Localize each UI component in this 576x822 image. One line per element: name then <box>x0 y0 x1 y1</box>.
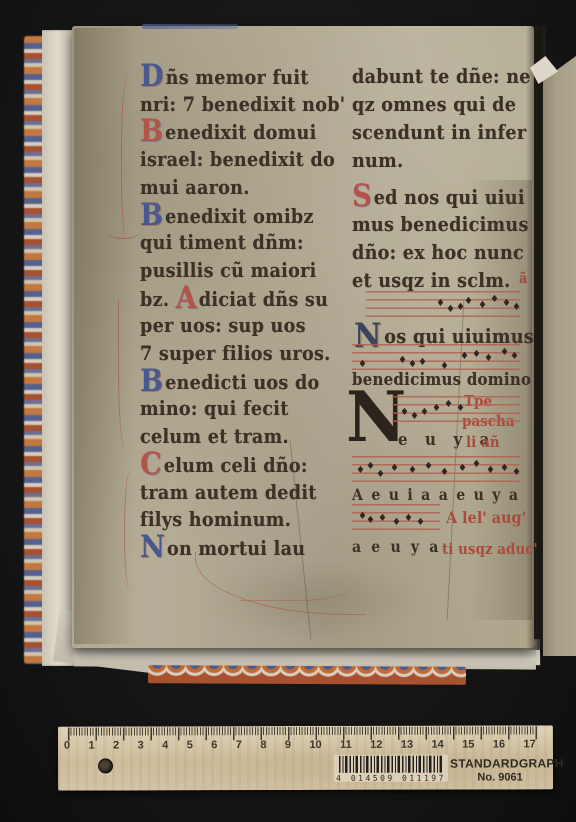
line-text: tram autem dedit <box>140 480 317 504</box>
neume-note: ♦ <box>432 404 441 414</box>
manuscript-text-line: nri: 7 benedixit nob' <box>140 92 345 116</box>
euouae-letters: a e u y a <box>352 537 441 556</box>
neume-note: ♦ <box>444 400 453 410</box>
line-text: dabunt te dñe: ne <box>352 64 531 88</box>
neume-note: ♦ <box>398 356 407 366</box>
manuscript-text-line: Celum celi dño: <box>140 452 308 477</box>
ruler-number: 6 <box>211 739 217 751</box>
penwork-flourish <box>240 560 360 601</box>
line-text: num. <box>352 148 403 172</box>
penwork-flourish <box>124 470 137 590</box>
neume-note: ♦ <box>416 518 425 528</box>
ruler-number: 9 <box>285 739 291 751</box>
neume-note: ♦ <box>512 303 521 313</box>
line-text: enedixit domui <box>165 120 316 144</box>
line-text: ñs memor fuit <box>166 65 309 89</box>
manuscript-text-line: mui aaron. <box>140 175 250 199</box>
line-text: ed nos qui uiui <box>374 185 525 209</box>
facing-page-edge <box>543 56 576 656</box>
line-text: bz. <box>140 287 176 311</box>
manuscript-text-line: dabunt te dñe: ne <box>352 64 531 88</box>
ruler-number: 11 <box>340 739 352 751</box>
neume-note: ♦ <box>440 362 449 372</box>
neume-note: ♦ <box>390 464 399 474</box>
ruler-number: 0 <box>64 740 70 752</box>
ruler-number: 17 <box>524 738 536 750</box>
neume-note: ♦ <box>472 460 481 470</box>
neume-note: ♦ <box>464 297 473 307</box>
manuscript-text-line: filys hominum. <box>140 507 291 531</box>
marbled-bottom-edge <box>148 665 466 685</box>
neume-note: ♦ <box>486 466 495 476</box>
barcode: 4 014509 011197 <box>334 755 448 782</box>
line-text: dño: ex hoc nunc <box>352 240 524 264</box>
wooden-ruler: 01234567891011121314151617 4 014509 0111… <box>58 725 553 790</box>
ruler-model-label: No. 9061 <box>450 771 550 783</box>
ruler-number: 12 <box>370 739 382 751</box>
neume-note: ♦ <box>510 352 519 362</box>
neume-note: ♦ <box>400 408 409 418</box>
penwork-flourish <box>118 300 131 450</box>
antiphon-mark: ã <box>519 271 527 287</box>
line-text: qz omnes qui de <box>352 92 516 116</box>
ruler-number: 3 <box>138 739 144 751</box>
illuminated-initial: B <box>140 113 163 149</box>
line-text: filys hominum. <box>140 507 291 531</box>
neume-note: ♦ <box>408 360 417 370</box>
neume-note: ♦ <box>376 470 385 480</box>
line-text: enedixit omibz <box>165 204 314 228</box>
ruler-number: 15 <box>462 739 474 751</box>
ruler-number: 2 <box>113 739 119 751</box>
manuscript-text-line: bz. Adiciat dñs su <box>140 286 328 311</box>
illuminated-initial: D <box>140 58 164 94</box>
neume-note: ♦ <box>460 352 469 362</box>
ruler-number: 13 <box>401 739 413 751</box>
neume-note: ♦ <box>458 464 467 474</box>
music-staff: ♦♦♦♦♦♦ <box>392 396 520 422</box>
neume-note: ♦ <box>502 299 511 309</box>
neume-note: ♦ <box>500 464 509 474</box>
line-text: scendunt in infer <box>352 120 526 144</box>
neume-note: ♦ <box>512 468 521 478</box>
line-text: 7 super filios uros. <box>140 341 331 365</box>
line-text: on mortui lau <box>167 536 305 560</box>
manuscript-text-line: celum et tram. <box>140 424 289 448</box>
illuminated-initial: N <box>140 529 165 565</box>
manuscript-text-line: pusillis cũ maiori <box>140 258 317 282</box>
manuscript-text-line: mus benedicimus <box>352 212 529 236</box>
music-staff: ♦♦♦♦♦♦♦♦ <box>366 291 520 317</box>
manuscript-text-line: scendunt in infer <box>352 120 526 144</box>
neume-note: ♦ <box>456 404 465 414</box>
ruler-number: 5 <box>187 739 193 751</box>
neume-note: ♦ <box>500 348 509 358</box>
manuscript-text-line: israel: benedixit do <box>140 147 335 171</box>
neume-note: ♦ <box>404 514 413 524</box>
line-text: mus benedicimus <box>352 212 529 236</box>
neume-note: ♦ <box>424 462 433 472</box>
ruler-number: 14 <box>431 739 443 751</box>
line-text: et usqz in sclm. <box>352 268 510 292</box>
manuscript-text-line: per uos: sup uos <box>140 313 306 337</box>
ruler-hanging-hole <box>98 759 113 774</box>
line-text: qui timent dñm: <box>140 230 304 254</box>
manuscript-text-line: num. <box>352 148 403 172</box>
manuscript-text-line: dño: ex hoc nunc <box>352 240 524 264</box>
music-staff: ♦♦♦♦♦♦ <box>352 504 440 530</box>
manuscript-text-line: tram autem dedit <box>140 480 317 504</box>
neume-note: ♦ <box>392 518 401 528</box>
manuscript-text-line: Benedixit omibz <box>140 203 314 228</box>
neume-note: ♦ <box>420 408 429 418</box>
rubric-line: li añ <box>466 433 500 451</box>
neume-note: ♦ <box>440 468 449 478</box>
ruler-number: 16 <box>493 738 505 750</box>
flyleaf-paper-edges-left <box>42 30 76 666</box>
line-text: mui aaron. <box>140 175 250 199</box>
manuscript-text-line: qui timent dñm: <box>140 230 304 254</box>
marbled-fore-edge <box>24 36 44 664</box>
illuminated-initial: B <box>140 363 163 399</box>
neume-note: ♦ <box>366 516 375 526</box>
neume-note: ♦ <box>408 466 417 476</box>
line-text: enedicti uos do <box>165 370 319 394</box>
ruler-number: 1 <box>88 740 94 752</box>
manuscript-text-line: Benedixit domui <box>140 119 317 144</box>
blue-offset-trace <box>142 24 238 29</box>
neume-note: ♦ <box>484 354 493 364</box>
ruler-number: 8 <box>260 739 266 751</box>
barcode-digits: 4 014509 011197 <box>334 774 448 783</box>
manuscript-text-line: 7 super filios uros. <box>140 341 331 365</box>
manuscript-text-line: Dñs memor fuit <box>140 64 309 89</box>
music-staff: ♦♦♦♦♦♦♦♦♦♦♦♦ <box>352 456 520 482</box>
ruler-number: 4 <box>162 739 168 751</box>
ruler-number-row: 01234567891011121314151617 <box>64 738 536 751</box>
illuminated-initial: A <box>176 280 197 316</box>
neume-note: ♦ <box>358 360 367 370</box>
line-text: celum et tram. <box>140 424 289 448</box>
neume-note: ♦ <box>378 514 387 524</box>
neume-note: ♦ <box>478 301 487 311</box>
line-text: diciat dñs su <box>199 287 328 311</box>
neume-note: ♦ <box>410 412 419 422</box>
manuscript-text-line: Sed nos qui uiui <box>352 184 525 209</box>
illuminated-initial: C <box>140 446 162 482</box>
line-text: nri: 7 benedixit nob' <box>140 92 345 116</box>
neume-note: ♦ <box>472 350 481 360</box>
rubric-line: ti usqz aduc' <box>442 540 538 558</box>
neume-note: ♦ <box>490 295 499 305</box>
manuscript-text-line: qz omnes qui de <box>352 92 516 116</box>
manuscript-text-line: Benedicti uos do <box>140 369 320 394</box>
line-text: per uos: sup uos <box>140 313 306 337</box>
illuminated-initial: B <box>140 197 163 233</box>
penwork-flourish <box>121 74 136 244</box>
manuscript-text-line: Non mortui lau <box>140 535 305 560</box>
ruler-brand-label: STANDARDGRAPH <box>450 756 550 770</box>
manuscript-text-line: mino: qui fecit <box>140 396 289 420</box>
line-text: israel: benedixit do <box>140 147 335 171</box>
manuscript-text-line: et usqz in sclm.ã <box>352 268 528 292</box>
euouae-letters: A e u i a a e u y a <box>352 485 520 504</box>
barcode-bars <box>339 756 443 773</box>
neume-note: ♦ <box>418 358 427 368</box>
line-text: pusillis cũ maiori <box>140 258 317 282</box>
music-staff: ♦♦♦♦♦♦♦♦♦♦ <box>352 344 520 370</box>
ruler-number: 7 <box>236 739 242 751</box>
illuminated-initial: S <box>352 178 372 214</box>
rubric-line: A lel' aug' <box>446 508 526 527</box>
manuscript-photograph: Nos qui uiuimus benedicimus domino N e u… <box>0 0 576 822</box>
neume-note: ♦ <box>356 466 365 476</box>
line-text: elum celi dño: <box>164 453 308 477</box>
ruler-number: 10 <box>309 739 321 751</box>
line-text: mino: qui fecit <box>140 396 289 420</box>
penwork-flourish <box>108 228 138 239</box>
neume-note: ♦ <box>446 305 455 315</box>
neume-note: ♦ <box>436 299 445 309</box>
neume-note: ♦ <box>366 462 375 472</box>
